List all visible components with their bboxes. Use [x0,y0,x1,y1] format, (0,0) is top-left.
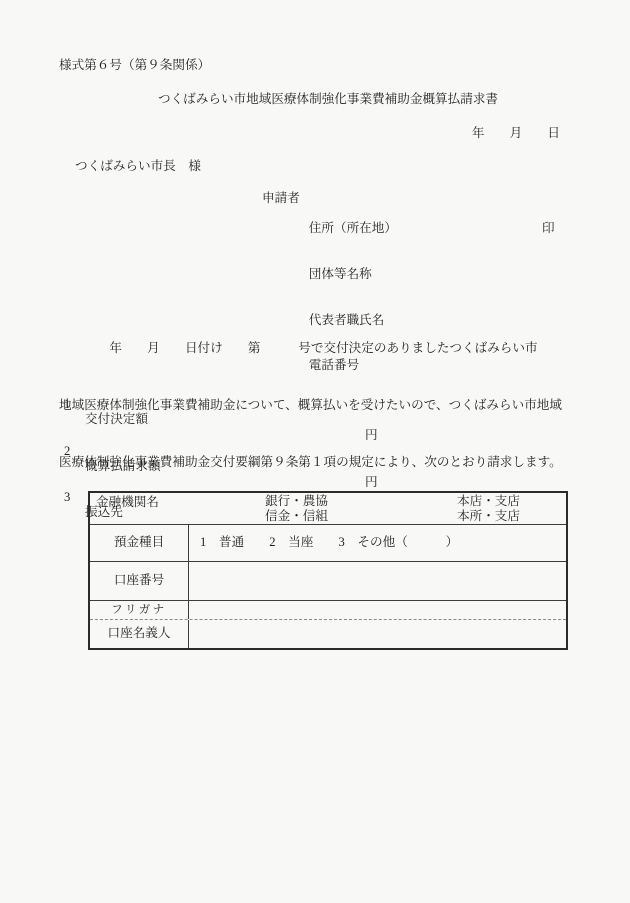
item-1-label: 交付決定額 [85,412,148,428]
furigana-value-blank [189,601,566,619]
furigana-label: フリガナ [90,601,189,619]
branch-kind-line-1: 本店・支店 [457,494,520,509]
branch-kind-line-2: 本所・支店 [457,509,520,524]
transfer-destination-table: 金融機関名 銀行・農協 信金・信組 本店・支店 本所・支店 預金種目 1 普通 … [88,491,568,650]
seal-mark: 印 [542,221,555,237]
deposit-type-label: 預金種目 [90,525,189,561]
item-1-number: 1 [64,397,70,413]
item-3-number: 3 [64,490,70,506]
account-number-label: 口座番号 [90,562,189,600]
financial-institution-label: 金融機関名 [96,495,159,511]
applicant-organization-label: 団体等名称 [309,267,397,282]
document-title: つくばみらい市地域医療体制強化事業費補助金概算払請求書 [0,92,630,108]
item-transfer-destination: 3 振込先 [0,474,630,490]
furigana-row: フリガナ [90,601,566,620]
account-number-row: 口座番号 [90,562,566,601]
deposit-type-row: 預金種目 1 普通 2 当座 3 その他（ ） [90,525,566,562]
deposit-type-options: 1 普通 2 当座 3 その他（ ） [189,525,566,561]
item-provisional-payment-amount: 2 概算払請求額 円 [0,428,630,444]
account-number-value-blank [189,562,566,600]
paragraph-line-1: 年 月 日付け 第 号で交付決定のありましたつくばみらい市 [59,339,581,358]
item-2-number: 2 [64,444,70,460]
bank-kind-line-2: 信金・信組 [265,509,328,524]
bank-kind-options: 銀行・農協 信金・信組 [265,494,328,523]
item-2-label: 概算払請求額 [85,459,161,475]
form-number: 様式第６号（第９条関係） [59,58,210,74]
applicant-address-label: 住所（所在地） [309,221,397,236]
branch-kind-options: 本店・支店 本所・支店 [457,494,520,523]
addressee-line: つくばみらい市長 様 [75,159,201,175]
date-line: 年 月 日 [472,126,560,142]
financial-institution-row: 金融機関名 銀行・農協 信金・信組 本店・支店 本所・支店 [90,493,566,525]
account-holder-value-blank [189,620,566,648]
account-holder-label: 口座名義人 [90,620,189,648]
bank-kind-line-1: 銀行・農協 [265,494,328,509]
item-grant-decision-amount: 1 交付決定額 円 [0,381,630,397]
account-holder-row: 口座名義人 [90,620,566,648]
document-page: 様式第６号（第９条関係） つくばみらい市地域医療体制強化事業費補助金概算払請求書… [0,0,630,903]
